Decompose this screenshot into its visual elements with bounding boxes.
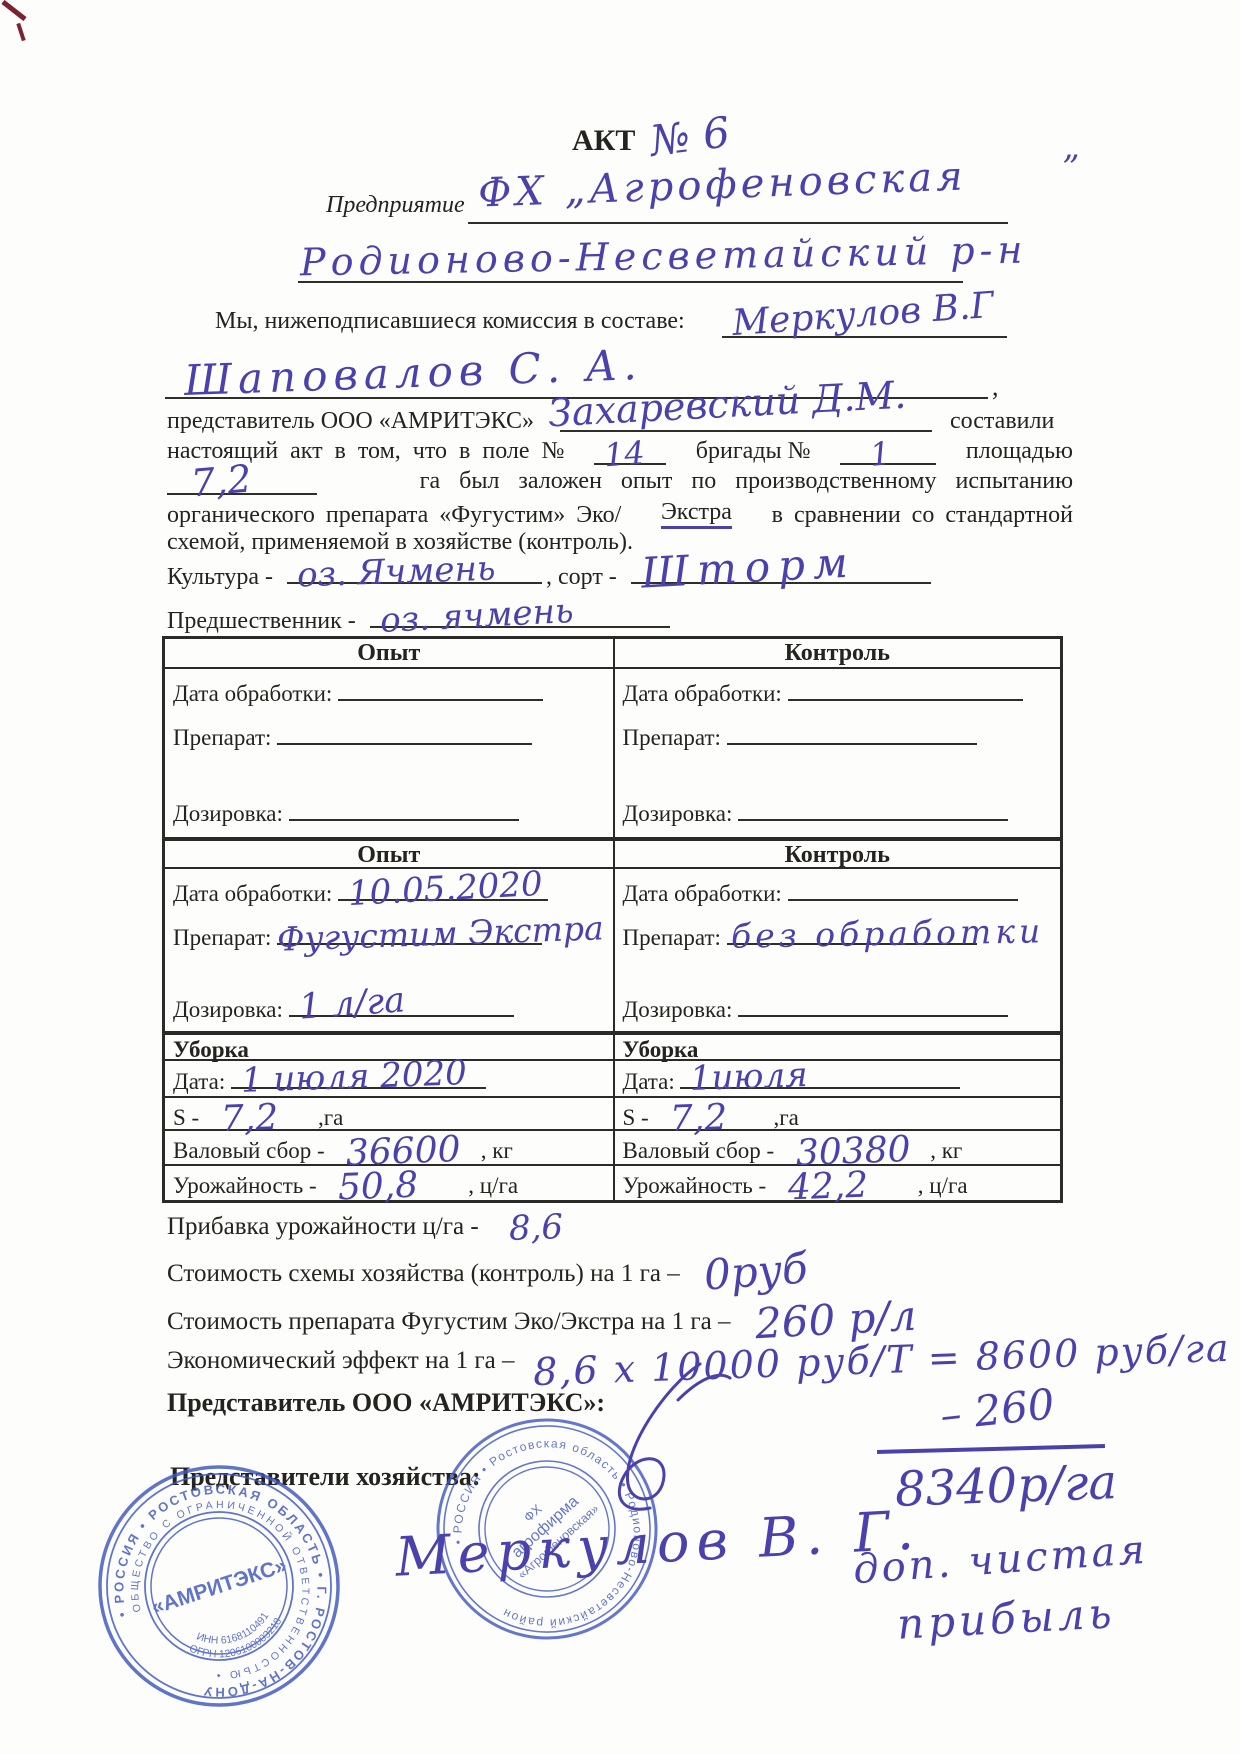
predecessor-line: Предшественник - оз. ячмень — [167, 602, 670, 635]
body-line3-c: в сравнении со стандартной — [772, 502, 1073, 529]
culture-blank: оз. Ячмень — [287, 558, 542, 584]
gross-label: Валовый сбор - — [623, 1138, 775, 1163]
ekstra-word-underlined: Экстра — [661, 499, 732, 529]
body-line2-text: га был заложен опыт по производственному… — [420, 468, 1073, 495]
area-experiment-cell: S - 7,2 ,га — [165, 1098, 613, 1129]
culture-value-handwritten: оз. Ячмень — [296, 552, 496, 593]
effect-label: Экономический эффект на 1 га – — [167, 1347, 515, 1374]
yield-unit: , ц/га — [468, 1173, 518, 1198]
yield-row: Урожайность - 50,8 , ц/га Урожайность - … — [165, 1166, 1060, 1200]
act-number-handwritten: № 6 — [647, 107, 732, 165]
experiment-cell-2: Дата обработки: 10.05.2020 Препарат: Фуг… — [165, 869, 613, 1031]
control-cost-label: Стоимость схемы хозяйства (контроль) на … — [167, 1260, 680, 1287]
yield-experiment-cell: Урожайность - 50,8 , ц/га — [165, 1166, 613, 1200]
culture-label: Культура - — [167, 564, 273, 590]
preparation-label: Препарат: — [173, 725, 271, 750]
brigade-no-handwritten: 1 — [869, 437, 893, 471]
yield-control-cell: Урожайность - 42,2 , ц/га — [613, 1166, 1061, 1200]
composed-word: составили — [950, 408, 1054, 435]
control-cost-line: Стоимость схемы хозяйства (контроль) на … — [167, 1250, 807, 1288]
control-cost-value-handwritten: 0руб — [703, 1251, 809, 1292]
sort-blank: Шторм — [631, 558, 931, 584]
harvest-date-control-handwritten: 1июля — [690, 1058, 809, 1096]
handwritten-fraction-bar — [877, 1444, 1105, 1454]
area-unit: ,га — [318, 1105, 343, 1130]
area-label: S - — [173, 1105, 199, 1130]
experiment-header: Опыт — [165, 841, 613, 867]
gain-value-handwritten: 8,6 — [508, 1214, 563, 1243]
yield-label: Урожайность - — [623, 1173, 767, 1198]
signature-stroke — [619, 1364, 700, 1509]
blank-line — [738, 991, 1008, 1017]
blank-line — [289, 795, 519, 821]
treatment-date-experiment-handwritten: 10.05.2020 — [347, 867, 543, 911]
yield-unit: , ц/га — [918, 1173, 968, 1198]
table-body-section-1: Дата обработки: Препарат: Дозировка: Дат… — [165, 669, 1060, 839]
control-cell-2: Дата обработки: Препарат: без обработки … — [613, 869, 1061, 1031]
body-line-2: 7,2 га был заложен опыт по производствен… — [167, 468, 1073, 495]
yield-experiment-handwritten: 50,8 — [338, 1172, 419, 1204]
experiment-header: Опыт — [165, 639, 613, 667]
table-header-row-1: Опыт Контроль — [165, 639, 1060, 669]
treatment-date-blank: 10.05.2020 — [338, 875, 548, 901]
preparation-control-handwritten: без обработки — [730, 914, 1044, 952]
table-header-row-2: Опыт Контроль — [165, 839, 1060, 869]
sort-value-handwritten: Шторм — [640, 541, 857, 594]
gross-row: Валовый сбор - 36600 , кг Валовый сбор -… — [165, 1131, 1060, 1166]
area-control-cell: S - 7,2 ,га — [613, 1098, 1061, 1129]
predecessor-blank: оз. ячмень — [370, 602, 670, 628]
harvest-date-experiment-cell: Дата: 1 июля 2020 — [165, 1061, 613, 1096]
enterprise-value-handwritten: ФХ „Агрофеновская — [477, 153, 967, 216]
amriteks-round-stamp: • РОССИЯ • РОСТОВСКАЯ ОБЛАСТЬ • Г. РОСТО… — [93, 1460, 345, 1712]
subtraction-handwritten: – 260 — [938, 1379, 1057, 1440]
treatment-date-label: Дата обработки: — [173, 881, 332, 906]
treatment-date-label: Дата обработки: — [623, 881, 782, 906]
area-value-handwritten: 7,2 — [189, 459, 253, 502]
brigade-no-blank: 1 — [840, 439, 936, 465]
treatment-date-label: Дата обработки: — [623, 681, 782, 706]
gross-control-cell: Валовый сбор - 30380 , кг — [613, 1131, 1061, 1164]
preparation-label: Препарат: — [623, 725, 721, 750]
harvest-date-control-cell: Дата: 1июля — [613, 1061, 1061, 1096]
gain-label: Прибавка урожайности ц/га - — [167, 1213, 479, 1240]
harvest-date-control-blank: 1июля — [680, 1063, 960, 1089]
blank-line — [727, 719, 977, 745]
gross-control-handwritten: 30380 — [795, 1136, 910, 1169]
preparation-cost-line: Стоимость препарата Фугустим Эко/Экстра … — [167, 1298, 916, 1336]
predecessor-value-handwritten: оз. ячмень — [379, 594, 574, 638]
culture-line: Культура - оз. Ячмень , сорт - Шторм — [167, 558, 931, 591]
area-row: S - 7,2 ,га S - 7,2 ,га — [165, 1098, 1060, 1131]
enterprise-underline — [468, 222, 1008, 224]
preparation-experiment-handwritten: Фугустим Экстра — [277, 911, 605, 955]
body-line1-b: бригады № — [696, 438, 811, 465]
blank-line — [338, 675, 543, 701]
amriteks-rep-signature — [582, 1358, 732, 1518]
preparation-label: Препарат: — [623, 925, 721, 950]
scan-artifact — [1, 0, 26, 21]
control-header: Контроль — [613, 841, 1061, 867]
yield-control-handwritten: 42,2 — [787, 1172, 868, 1204]
trial-table: Опыт Контроль Дата обработки: Препарат: … — [162, 636, 1063, 1203]
blank-line — [788, 675, 1023, 701]
preparation-control-blank: без обработки — [727, 919, 977, 945]
blank-line — [738, 795, 1008, 821]
dosage-experiment-handwritten: 1 л/га — [298, 983, 406, 1025]
scanned-act-document: АКТ № 6 Предприятие ФХ „Агрофеновская ” … — [0, 0, 1240, 1754]
control-cell-1: Дата обработки: Препарат: Дозировка: — [613, 669, 1061, 837]
dosage-blank: 1 л/га — [289, 991, 514, 1017]
preparation-cost-value-handwritten: 260 р/л — [754, 1299, 917, 1341]
field-no-blank: 14 — [594, 439, 666, 465]
harvest-date-experiment-handwritten: 1 июля 2020 — [240, 1056, 467, 1098]
harvest-date-experiment-blank: 1 июля 2020 — [231, 1063, 486, 1089]
preparation-blank: Фугустим Экстра — [277, 919, 542, 945]
signature-stroke — [678, 1375, 730, 1400]
gross-unit: , кг — [481, 1138, 513, 1163]
harvest-date-label: Дата: — [173, 1069, 225, 1094]
experiment-cell-1: Дата обработки: Препарат: Дозировка: — [165, 669, 613, 837]
enterprise-label: Предприятие — [326, 192, 465, 219]
dosage-label: Дозировка: — [623, 997, 733, 1022]
scan-artifact — [16, 23, 25, 41]
body-line3-a: органического препарата «Фугустим» Эко/ — [167, 502, 621, 529]
commission-label: Мы, нижеподписавшиеся комиссия в составе… — [215, 308, 685, 335]
gain-line: Прибавка урожайности ц/га - 8,6 — [167, 1210, 563, 1241]
body-line-3: органического препарата «Фугустим» Эко/ … — [167, 499, 1073, 529]
table-body-section-2: Дата обработки: 10.05.2020 Препарат: Фуг… — [165, 869, 1060, 1033]
note-line2-handwritten: прибыль — [896, 1588, 1117, 1648]
body-line-1: настоящий акт в том, что в поле № 14 бри… — [167, 438, 1073, 465]
harvest-header-row: Уборка Уборка — [165, 1033, 1060, 1061]
stamp-center-text: «АМРИТЭКС» — [149, 1554, 290, 1619]
body-line1-c: площадью — [966, 438, 1073, 465]
predecessor-label: Предшественник - — [167, 608, 356, 634]
dosage-label: Дозировка: — [173, 997, 283, 1022]
preparation-cost-label: Стоимость препарата Фугустим Эко/Экстра … — [167, 1308, 731, 1335]
gross-label: Валовый сбор - — [173, 1138, 325, 1163]
yield-label: Урожайность - — [173, 1173, 317, 1198]
representative-label: представитель ООО «АМРИТЭКС» — [167, 408, 534, 435]
dosage-label: Дозировка: — [173, 801, 283, 826]
net-result-handwritten: 8340р/га — [894, 1454, 1118, 1518]
sort-label: , сорт - — [546, 564, 617, 590]
dosage-label: Дозировка: — [623, 801, 733, 826]
member2-comma: , — [992, 372, 999, 402]
gross-experiment-cell: Валовый сбор - 36600 , кг — [165, 1131, 613, 1164]
area-blank: 7,2 — [167, 469, 317, 495]
area-label: S - — [623, 1105, 649, 1130]
treatment-date-label: Дата обработки: — [173, 681, 332, 706]
gross-experiment-handwritten: 36600 — [346, 1136, 461, 1169]
preparation-label: Препарат: — [173, 925, 271, 950]
harvest-date-label: Дата: — [623, 1069, 675, 1094]
district-handwritten: Родионово-Несветайский р-н — [300, 228, 1028, 285]
control-header: Контроль — [613, 639, 1061, 667]
page-title: АКТ — [572, 124, 635, 158]
harvest-date-row: Дата: 1 июля 2020 Дата: 1июля — [165, 1061, 1060, 1098]
blank-line — [277, 719, 532, 745]
area-unit: ,га — [773, 1105, 798, 1130]
enterprise-closing-quote: ” — [1062, 148, 1079, 188]
field-no-handwritten: 14 — [603, 437, 646, 472]
gross-unit: , кг — [930, 1138, 962, 1163]
harvest-header-control: Уборка — [613, 1035, 1061, 1059]
blank-line — [788, 875, 1018, 901]
